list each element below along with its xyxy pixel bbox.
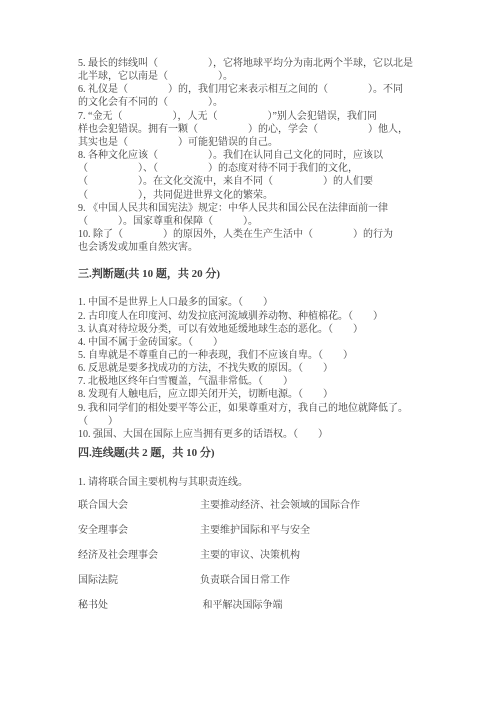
matching-section-title: 四.连线题(共 2 题，共 10 分) bbox=[78, 446, 432, 460]
judgment-question-3: 3. 认真对待垃圾分类，可以有效地延缓地球生态的恶化。（ ） bbox=[78, 323, 432, 336]
judgment-question-9: 9. 我和同学们的相处要平等公正，如果尊重对方，我自己的地位就降低了。 （ ） bbox=[78, 402, 432, 428]
match-right-deliberation-body: 主要的审议、决策机构 bbox=[200, 549, 432, 562]
judgment-question-5: 5. 自卑就是不尊重自己的一种表现，我们不应该自卑。（ ） bbox=[78, 349, 432, 362]
match-right-daily-work: 负责联合国日常工作 bbox=[200, 574, 432, 587]
judgment-question-8: 8. 发现有人触电后，应立即关闭开关，切断电源。（ ） bbox=[78, 388, 432, 401]
fill-blank-question-6: 6. 礼仪是（ ）的，我们用它来表示相互之间的（ ）。不同 的文化会有不同的（ … bbox=[78, 83, 432, 109]
match-left-secretariat: 秘书处 bbox=[78, 599, 200, 612]
fill-blank-question-10: 10. 除了（ ）的原因外，人类在生产生活中（ ）的行为 也会诱发或加重自然灾害… bbox=[78, 228, 432, 254]
match-row-4: 国际法院 负责联合国日常工作 bbox=[78, 574, 432, 587]
match-left-security-council: 安全理事会 bbox=[78, 524, 200, 537]
fill-blank-question-5: 5. 最长的纬线叫（ ），它将地球平均分为南北两个半球，它以北是 北半球，它以南… bbox=[78, 57, 432, 83]
exam-paper-page: { "page": { "background": "#ffffff", "te… bbox=[0, 0, 500, 707]
match-left-un-general-assembly: 联合国大会 bbox=[78, 499, 200, 512]
matching-table: 联合国大会 主要推动经济、社会领域的国际合作 安全理事会 主要维护国际和平与安全… bbox=[78, 499, 432, 612]
judgment-question-7: 7. 北极地区终年白雪覆盖，气温非常低。（ ） bbox=[78, 375, 432, 388]
match-row-2: 安全理事会 主要维护国际和平与安全 bbox=[78, 524, 432, 537]
judgment-question-2: 2. 古印度人在印度河、幼发拉底河流域驯养动物、种植棉花。（ ） bbox=[78, 310, 432, 323]
match-row-3: 经济及社会理事会 主要的审议、决策机构 bbox=[78, 549, 432, 562]
match-left-economic-social-council: 经济及社会理事会 bbox=[78, 549, 200, 562]
fill-blank-section: 5. 最长的纬线叫（ ），它将地球平均分为南北两个半球，它以北是 北半球，它以南… bbox=[78, 57, 432, 254]
judgment-question-4: 4. 中国不属于金砖国家。（ ） bbox=[78, 336, 432, 349]
judgment-question-1: 1. 中国不是世界上人口最多的国家。（ ） bbox=[78, 296, 432, 309]
judgment-question-6: 6. 反思就是要多找成功的方法，不找失败的原因。（ ） bbox=[78, 362, 432, 375]
match-right-resolve-disputes: 和平解决国际争端 bbox=[200, 599, 432, 612]
judgment-section-title: 三.判断题(共 10 题，共 20 分) bbox=[78, 267, 432, 281]
fill-blank-question-9: 9. 《中国人民共和国宪法》规定：中华人民共和国公民在法律面前一律 （ ）。国家… bbox=[78, 202, 432, 228]
fill-blank-question-8: 8. 各种文化应该（ ）。我们在认同自己文化的同时，应该以 （ ）、（ ）的态度… bbox=[78, 149, 432, 202]
judgment-question-10: 10. 强国、大国在国际上应当拥有更多的话语权。（ ） bbox=[78, 428, 432, 441]
match-right-peace-security: 主要维护国际和平与安全 bbox=[200, 524, 432, 537]
exam-content: 5. 最长的纬线叫（ ），它将地球平均分为南北两个半球，它以北是 北半球，它以南… bbox=[78, 57, 432, 624]
match-row-1: 联合国大会 主要推动经济、社会领域的国际合作 bbox=[78, 499, 432, 512]
judgment-section: 1. 中国不是世界上人口最多的国家。（ ） 2. 古印度人在印度河、幼发拉底河流… bbox=[78, 296, 432, 441]
match-left-international-court: 国际法院 bbox=[78, 574, 200, 587]
fill-blank-question-7: 7. “金无（ ），人无（ ）”别人会犯错误，我们同 样也会犯错误。拥有一颗（ … bbox=[78, 110, 432, 149]
matching-intro: 1. 请将联合国主要机构与其职责连线。 bbox=[78, 476, 432, 489]
match-right-economic-cooperation: 主要推动经济、社会领域的国际合作 bbox=[200, 499, 432, 512]
match-row-5: 秘书处 和平解决国际争端 bbox=[78, 599, 432, 612]
